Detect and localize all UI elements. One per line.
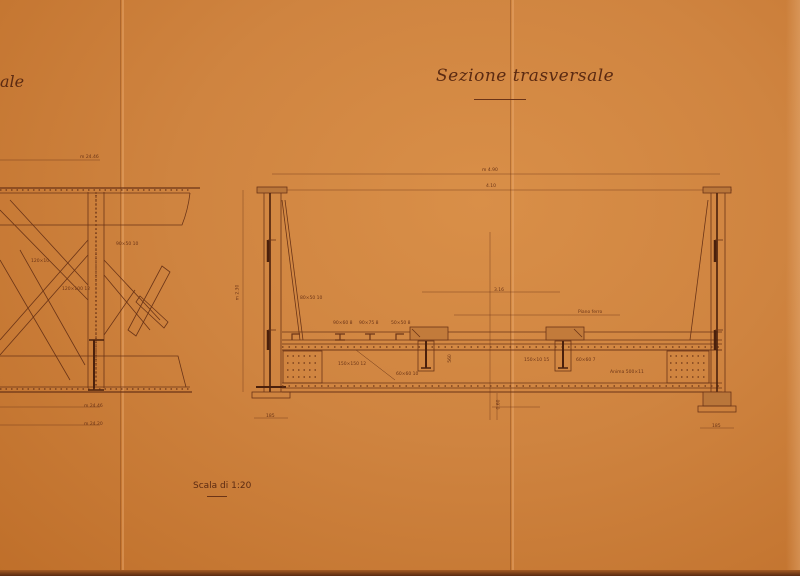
- left-member-label-1: 90×50 10: [116, 242, 138, 247]
- section-height-dimension: m 2.30: [235, 285, 240, 301]
- section-inner-span: 3.16: [494, 288, 504, 293]
- stiffener-label-left: 60×60 10: [396, 372, 418, 377]
- left-bottom-dimension-1: m 24.46: [84, 404, 103, 409]
- left-top-dimension: m 24.46: [80, 155, 99, 160]
- drawing-linework: [0, 0, 800, 576]
- crossbeam-label-left: 150×150 12: [338, 362, 366, 367]
- left-member-label-3: 120×100 12: [62, 287, 90, 292]
- crossbeam-label-right: 150×10 15: [524, 358, 549, 363]
- bracing-label: 80×50 10: [300, 296, 322, 301]
- center-height: 560: [448, 354, 453, 363]
- beam-label: Anima 500×11: [610, 370, 644, 375]
- drawing-sheet: ale Sezione trasversale Scala di 1:20: [0, 0, 800, 576]
- truss-elevation: [0, 160, 200, 425]
- left-member-label-2: 120×10: [31, 259, 49, 264]
- section-top-dimension-1: m 4.90: [482, 168, 498, 173]
- stringer-label-2: 90×75 8: [359, 321, 379, 326]
- depth-dimension: 0.60: [497, 399, 502, 409]
- deck-label: Piano ferro: [578, 310, 602, 315]
- left-bottom-dimension-2: m 24.20: [84, 422, 103, 427]
- right-base-width: 185: [712, 424, 721, 429]
- left-base-width: 185: [266, 414, 275, 419]
- section-top-dimension-2: 4.10: [486, 184, 496, 189]
- cross-section: [243, 174, 736, 428]
- stiffener-label-right: 60×60 7: [576, 358, 596, 363]
- stringer-label-1: 90×60 8: [333, 321, 353, 326]
- stringer-label-3: 50×50 8: [391, 321, 411, 326]
